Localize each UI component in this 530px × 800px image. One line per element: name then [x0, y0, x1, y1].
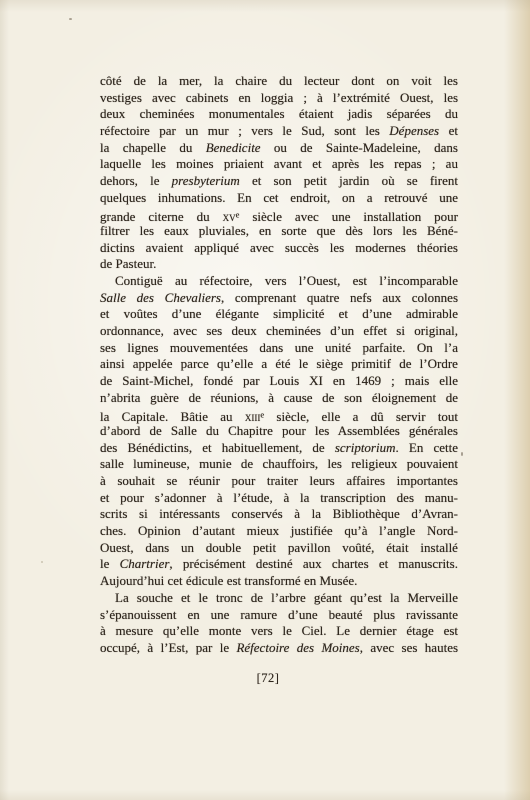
text-line-content: et voûtes d’une élégante simplicité et d…	[100, 306, 458, 321]
ink-speck	[461, 452, 463, 456]
text-line: côté de la mer, la chaire du lecteur don…	[100, 73, 458, 90]
text-line: La souche et le tronc de l’arbre géant q…	[100, 590, 458, 607]
text-line: des Bénédictins, et habituellement, de s…	[100, 440, 458, 457]
text-line: le Chartrier, précisément destiné aux ch…	[100, 556, 458, 573]
text-line-content: le Chartrier, précisément destiné aux ch…	[100, 556, 458, 571]
text-line: quelques inhumations. En cet endroit, on…	[100, 190, 458, 207]
text-line: et voûtes d’une élégante simplicité et d…	[100, 306, 458, 323]
text-line: de Pasteur.	[100, 256, 458, 273]
text-line-content: quelques inhumations. En cet endroit, on…	[100, 190, 458, 205]
text-line-content: Aujourd’hui cet édicule est transformé e…	[100, 573, 357, 588]
text-line-content: s’épanouissent en une ramure d’une beaut…	[100, 607, 458, 622]
text-line: Ouest, dans un double petit pavillon voû…	[100, 540, 458, 557]
text-line: grande citerne du xve siècle avec une in…	[100, 206, 458, 223]
text-line: dehors, le presbyterium et son petit jar…	[100, 173, 458, 190]
text-line-content: Ouest, dans un double petit pavillon voû…	[100, 540, 458, 555]
text-line-content: de Pasteur.	[100, 256, 156, 271]
text-line-content: Contiguë au réfectoire, vers l’Ouest, es…	[115, 273, 458, 288]
paragraph: La souche et le tronc de l’arbre géant q…	[100, 590, 458, 657]
text-line-content: et pour s’adonner à l’étude, à la transc…	[100, 490, 458, 505]
text-line: ainsi appelée parce qu’elle a été le siè…	[100, 356, 458, 373]
paper-edge-shadow-bottom	[0, 790, 530, 800]
page-number: [72]	[89, 671, 447, 686]
paper-edge-shadow-left	[0, 0, 9, 800]
text-line-content: la chapelle du Benedicite ou de Sainte-M…	[100, 140, 458, 155]
text-line: s’épanouissent en une ramure d’une beaut…	[100, 607, 458, 624]
text-line: n’abrita guère de réunions, à cause de s…	[100, 390, 458, 407]
text-line-content: salle lumineuse, munie de chauffoirs, le…	[100, 456, 458, 471]
text-line-content: d’abord de Salle du Chapitre pour les As…	[100, 423, 458, 438]
text-line: laquelle les moines priaient avant et ap…	[100, 156, 458, 173]
text-line-content: la Capitale. Bâtie au xiiie siècle, elle…	[100, 409, 458, 424]
paper-edge-shadow-top	[0, 0, 530, 12]
text-line: Salle des Chevaliers, comprenant quatre …	[100, 290, 458, 307]
paper-edge-shadow-right	[504, 0, 530, 800]
text-line-content: dictins avaient appliqué avec succès les…	[100, 240, 458, 255]
text-line-content: Salle des Chevaliers, comprenant quatre …	[100, 290, 458, 305]
text-line-content: dehors, le presbyterium et son petit jar…	[100, 173, 458, 188]
text-line-content: ses lignes mouvementées dans une unité p…	[100, 340, 458, 355]
text-line: et pour s’adonner à l’étude, à la transc…	[100, 490, 458, 507]
text-line: à mesure qu’elle monte vers le Ciel. Le …	[100, 623, 458, 640]
text-line: ordonnance, avec ses deux cheminées d’un…	[100, 323, 458, 340]
text-line-content: des Bénédictins, et habituellement, de s…	[100, 440, 458, 455]
text-line-content: filtrer les eaux pluviales, en sorte que…	[100, 223, 458, 238]
text-line-content: ordonnance, avec ses deux cheminées d’un…	[100, 323, 458, 338]
text-line-content: occupé, à l’Est, par le Réfectoire des M…	[100, 640, 458, 655]
paragraph: côté de la mer, la chaire du lecteur don…	[100, 73, 458, 273]
paragraph: Contiguë au réfectoire, vers l’Ouest, es…	[100, 273, 458, 590]
text-line: ses lignes mouvementées dans une unité p…	[100, 340, 458, 357]
text-line: vestiges avec cabinets en loggia ; à l’e…	[100, 90, 458, 107]
text-line: filtrer les eaux pluviales, en sorte que…	[100, 223, 458, 240]
text-line: Aujourd’hui cet édicule est transformé e…	[100, 573, 458, 590]
text-line-content: vestiges avec cabinets en loggia ; à l’e…	[100, 90, 458, 105]
text-line-content: scrits si intéressants conservés à la Bi…	[100, 506, 458, 521]
text-line-content: à mesure qu’elle monte vers le Ciel. Le …	[100, 623, 458, 638]
text-line: à souhait se réunir pour traiter leurs a…	[100, 473, 458, 490]
text-line: la chapelle du Benedicite ou de Sainte-M…	[100, 140, 458, 157]
ink-speck	[41, 561, 43, 563]
text-line-content: La souche et le tronc de l’arbre géant q…	[115, 590, 458, 605]
text-line-content: ainsi appelée parce qu’elle a été le siè…	[100, 356, 458, 371]
text-line: occupé, à l’Est, par le Réfectoire des M…	[100, 640, 458, 657]
text-line-content: grande citerne du xve siècle avec une in…	[100, 209, 458, 224]
text-line-content: deux cheminées monumentales étaient jadi…	[100, 106, 458, 121]
ink-speck	[69, 18, 72, 20]
text-line: de Saint-Michel, fondé par Louis XI en 1…	[100, 373, 458, 390]
text-line: la Capitale. Bâtie au xiiie siècle, elle…	[100, 406, 458, 423]
text-line-content: à souhait se réunir pour traiter leurs a…	[100, 473, 458, 488]
text-line-content: laquelle les moines priaient avant et ap…	[100, 156, 458, 171]
text-line: réfectoire par un mur ; vers le Sud, son…	[100, 123, 458, 140]
text-line-content: côté de la mer, la chaire du lecteur don…	[100, 73, 458, 88]
text-line: salle lumineuse, munie de chauffoirs, le…	[100, 456, 458, 473]
text-line-content: réfectoire par un mur ; vers le Sud, son…	[100, 123, 458, 138]
text-line: Contiguë au réfectoire, vers l’Ouest, es…	[100, 273, 458, 290]
text-line: d’abord de Salle du Chapitre pour les As…	[100, 423, 458, 440]
text-line: ches. Opinion d’autant mieux justifiée q…	[100, 523, 458, 540]
text-line-content: de Saint-Michel, fondé par Louis XI en 1…	[100, 373, 458, 388]
text-line-content: n’abrita guère de réunions, à cause de s…	[100, 390, 458, 405]
text-line-content: ches. Opinion d’autant mieux justifiée q…	[100, 523, 458, 538]
text-line: deux cheminées monumentales étaient jadi…	[100, 106, 458, 123]
page-text: côté de la mer, la chaire du lecteur don…	[100, 73, 458, 657]
text-line: dictins avaient appliqué avec succès les…	[100, 240, 458, 257]
text-line: scrits si intéressants conservés à la Bi…	[100, 506, 458, 523]
